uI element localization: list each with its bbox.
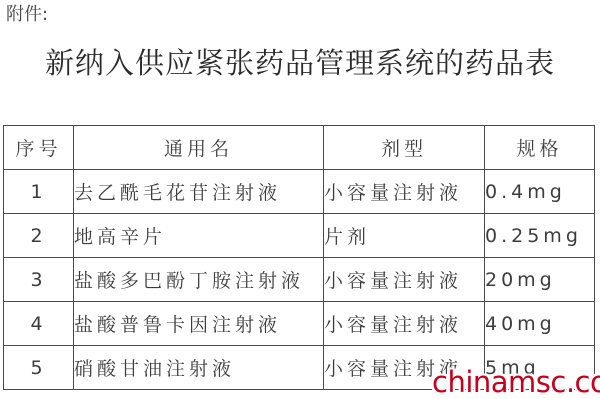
table-row: 3 盐酸多巴酚丁胺注射液 小容量注射液 20mg	[4, 258, 595, 302]
cell-seq: 1	[4, 170, 74, 214]
cell-spec: 20mg	[485, 258, 595, 302]
cell-seq: 2	[4, 214, 74, 258]
cell-spec: 0.4mg	[485, 170, 595, 214]
drug-table: 序号 通用名 剂型 规格 1 去乙酰毛花苷注射液 小容量注射液 0.4mg 2 …	[3, 125, 595, 390]
cell-name: 盐酸普鲁卡因注射液	[74, 302, 324, 346]
watermark: chinamsc.com	[432, 366, 600, 398]
cell-spec: 0.25mg	[485, 214, 595, 258]
cell-seq: 5	[4, 346, 74, 390]
cell-seq: 4	[4, 302, 74, 346]
cell-form: 片剂	[324, 214, 485, 258]
header-name: 通用名	[74, 126, 324, 170]
header-seq: 序号	[4, 126, 74, 170]
table-row: 2 地高辛片 片剂 0.25mg	[4, 214, 595, 258]
cell-name: 去乙酰毛花苷注射液	[74, 170, 324, 214]
cell-seq: 3	[4, 258, 74, 302]
document-title: 新纳入供应紧张药品管理系统的药品表	[0, 44, 600, 82]
header-form: 剂型	[324, 126, 485, 170]
cell-name: 硝酸甘油注射液	[74, 346, 324, 390]
header-spec: 规格	[485, 126, 595, 170]
table-row: 1 去乙酰毛花苷注射液 小容量注射液 0.4mg	[4, 170, 595, 214]
table-header-row: 序号 通用名 剂型 规格	[4, 126, 595, 170]
attachment-label: 附件:	[6, 3, 48, 27]
cell-form: 小容量注射液	[324, 170, 485, 214]
cell-form: 小容量注射液	[324, 258, 485, 302]
cell-spec: 40mg	[485, 302, 595, 346]
table-row: 4 盐酸普鲁卡因注射液 小容量注射液 40mg	[4, 302, 595, 346]
cell-name: 地高辛片	[74, 214, 324, 258]
cell-name: 盐酸多巴酚丁胺注射液	[74, 258, 324, 302]
cell-form: 小容量注射液	[324, 302, 485, 346]
